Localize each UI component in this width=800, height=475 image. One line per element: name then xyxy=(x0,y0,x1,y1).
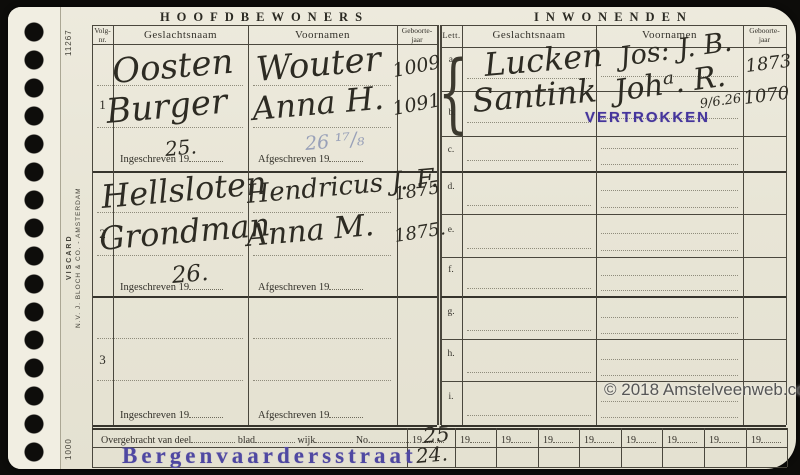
grid-line xyxy=(743,25,744,425)
year-cell: 19 xyxy=(584,432,614,446)
afgeschreven-label: Afgeschreven 19 xyxy=(258,154,329,165)
write-line xyxy=(467,160,591,161)
write-line xyxy=(467,205,591,206)
write-line xyxy=(601,401,738,402)
year-prefix: 19 xyxy=(709,435,719,446)
year-cell: 19 xyxy=(543,432,573,446)
right-table-title: INWONENDEN xyxy=(441,10,786,25)
leader-dots xyxy=(470,432,490,443)
leader-dots xyxy=(315,432,353,443)
column-header-volgnr-l2: nr. xyxy=(92,36,113,45)
grid-line xyxy=(441,25,786,26)
grid-line xyxy=(441,171,786,173)
grid-line xyxy=(92,296,437,298)
grid-line xyxy=(92,425,437,427)
leader-dots xyxy=(511,432,531,443)
row-letter: d. xyxy=(443,182,459,192)
leader-dots xyxy=(636,432,656,443)
row-letter: g. xyxy=(443,307,459,317)
vertrokken-stamp: VERTROKKEN xyxy=(585,109,710,126)
year-cell: 19 xyxy=(626,432,656,446)
year-cell: 19 xyxy=(460,432,490,446)
leader-dots xyxy=(189,407,223,418)
grid-line xyxy=(746,428,747,467)
column-header-geboortejaar: Geboorte- jaar xyxy=(397,27,437,44)
year-prefix: 19 xyxy=(751,435,761,446)
write-line xyxy=(601,317,738,318)
grid-line xyxy=(538,428,539,467)
punch-holes xyxy=(23,18,45,466)
column-header-geboortejaar-l2: jaar xyxy=(397,36,437,45)
handwritten-ingeschreven-year: 26. xyxy=(171,260,210,289)
leader-dots xyxy=(329,151,363,162)
row-letter: f. xyxy=(443,265,459,275)
write-line xyxy=(601,190,738,191)
write-line xyxy=(601,250,738,251)
street-name-stamp: Bergenvaardersstraat xyxy=(122,443,417,469)
leader-dots xyxy=(255,432,295,443)
group-number: 3 xyxy=(92,352,113,368)
leader-dots xyxy=(594,432,614,443)
leader-dots xyxy=(329,407,363,418)
afgeschreven-label: Afgeschreven 19 xyxy=(258,410,329,421)
grid-line xyxy=(662,428,663,467)
copyright-watermark: © 2018 Amstelveenweb.com xyxy=(604,380,800,400)
write-line xyxy=(467,330,591,331)
write-line xyxy=(601,359,738,360)
grid-line xyxy=(441,136,786,137)
grid-line xyxy=(787,428,788,467)
year-prefix: 19 xyxy=(667,435,677,446)
year-cell: 19 xyxy=(751,432,781,446)
write-line xyxy=(601,375,738,376)
write-line xyxy=(467,372,591,373)
row-letter: h. xyxy=(443,349,459,359)
ingeschreven-row: Ingeschreven 19 xyxy=(120,407,223,421)
afgeschreven-row: Afgeschreven 19 xyxy=(258,407,363,421)
write-line xyxy=(601,207,738,208)
afgeschreven-label: Afgeschreven 19 xyxy=(258,282,329,293)
write-line xyxy=(253,338,391,339)
grid-line xyxy=(455,428,456,467)
row-letter: i. xyxy=(443,392,459,402)
write-line xyxy=(601,275,738,276)
grid-line xyxy=(441,214,786,215)
write-line xyxy=(253,380,391,381)
grid-line xyxy=(92,25,93,467)
year-prefix: 19 xyxy=(626,435,636,446)
row-letter: e. xyxy=(443,225,459,235)
brand-name: VISCARD xyxy=(66,150,73,365)
grid-line xyxy=(441,257,786,258)
grid-line xyxy=(92,25,437,26)
grid-line xyxy=(92,44,437,45)
write-line xyxy=(601,148,738,149)
row-letter: c. xyxy=(443,145,459,155)
write-line xyxy=(467,248,591,249)
photo-background: 11267 VISCARD N.V. J. BLOCH & CO. - AMST… xyxy=(0,0,800,475)
grid-line xyxy=(704,428,705,467)
column-header-geslachtsnaam: Geslachtsnaam xyxy=(113,29,248,41)
grid-line xyxy=(579,428,580,467)
grid-line xyxy=(496,428,497,467)
write-line xyxy=(601,333,738,334)
serial-number-top: 11267 xyxy=(64,10,73,56)
afgeschreven-row: Afgeschreven 19 xyxy=(258,279,363,293)
write-line xyxy=(601,290,738,291)
grid-line xyxy=(621,428,622,467)
write-line xyxy=(97,380,243,381)
row-letter: a. xyxy=(444,55,460,65)
write-line xyxy=(467,122,591,123)
year-cell: 19 xyxy=(709,432,739,446)
write-line xyxy=(253,127,391,128)
write-line xyxy=(601,417,738,418)
year-prefix: 19 xyxy=(501,435,511,446)
row-letter: b. xyxy=(444,108,460,118)
year-prefix: 19 xyxy=(460,435,470,446)
ingeschreven-label: Ingeschreven 19 xyxy=(120,410,189,421)
write-line xyxy=(601,164,738,165)
leader-dots xyxy=(677,432,697,443)
year-prefix: 19 xyxy=(543,435,553,446)
leader-dots xyxy=(719,432,739,443)
year-prefix: 19 xyxy=(584,435,594,446)
year-cell: 19 xyxy=(667,432,697,446)
write-line xyxy=(467,415,591,416)
brand-company: N.V. J. BLOCH & CO. - AMSTERDAM xyxy=(75,150,82,365)
leader-dots xyxy=(371,432,411,443)
serial-number-bottom: 1000 xyxy=(64,426,73,460)
write-line xyxy=(253,255,391,256)
column-header-geboortejaar-l2: jaar xyxy=(743,36,786,45)
column-header-volgnr: Volg- nr. xyxy=(92,27,113,44)
leader-dots xyxy=(553,432,573,443)
leader-dots xyxy=(761,432,781,443)
write-line xyxy=(467,288,591,289)
grid-line xyxy=(441,425,786,427)
column-header-geboortejaar: Geboorte- jaar xyxy=(743,27,786,44)
handwritten-ingeschreven-year: 25. xyxy=(164,134,198,161)
grid-line xyxy=(441,339,786,340)
column-header-lett: Lett. xyxy=(441,30,462,40)
grid-line xyxy=(441,296,786,298)
left-table-title: HOOFDBEWONERS xyxy=(92,10,437,25)
leader-dots xyxy=(191,432,235,443)
leader-dots xyxy=(329,279,363,290)
year-cell: 19 xyxy=(501,432,531,446)
handwritten-house-number: 24. xyxy=(415,441,449,468)
write-line xyxy=(601,233,738,234)
write-line xyxy=(97,338,243,339)
